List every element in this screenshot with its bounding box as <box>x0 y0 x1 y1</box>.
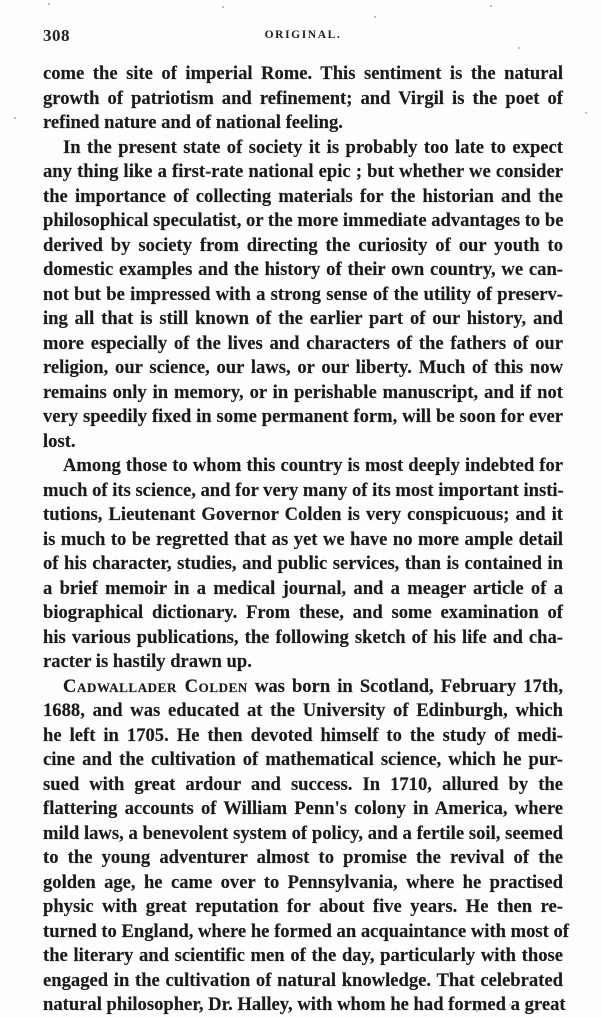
text-line: his various publications, the following … <box>43 626 563 651</box>
book-page: 308 ORIGINAL. come the site of imperial … <box>0 0 601 1018</box>
paragraph-4: Cadwallader Colden was born in Scotland,… <box>43 675 563 1018</box>
text-line: the importance of collecting materials f… <box>43 185 563 210</box>
text-line: a brief memoir in a medical journal, and… <box>43 577 563 602</box>
text-line: tutions, Lieutenant Governor Colden is v… <box>43 503 563 528</box>
text-line: to the young adventurer almost to promis… <box>43 846 563 871</box>
text-line: much of its science, and for very many o… <box>43 479 563 504</box>
text-line: more especially of the lives and charact… <box>43 332 563 357</box>
paragraph-3: Among those to whom this country is most… <box>43 454 563 675</box>
text-line: natural philosopher, Dr. Halley, with wh… <box>43 993 563 1018</box>
text-line: engaged in the cultivation of natural kn… <box>43 969 563 994</box>
text-line: he left in 1705. He then devoted himself… <box>43 724 563 749</box>
scan-speck <box>509 1004 511 1006</box>
text-line: mild laws, a benevolent system of policy… <box>43 822 563 847</box>
text-line: derived by society from directing the cu… <box>43 234 563 259</box>
text-line: golden age, he came over to Pennsylvania… <box>43 871 563 896</box>
text-line: domestic examples and the history of the… <box>43 258 563 283</box>
paragraph-2: In the present state of society it is pr… <box>43 136 563 455</box>
text-line: the literary and scientific men of the d… <box>43 944 563 969</box>
running-head: 308 ORIGINAL. <box>43 26 563 48</box>
scan-speck <box>14 117 16 119</box>
text-line: lost. <box>43 430 563 455</box>
text-fragment: was born in Scotland, February 17th, <box>248 676 563 697</box>
scan-speck <box>476 1010 478 1012</box>
scan-speck <box>518 47 520 49</box>
text-line: cine and the cultivation of mathematical… <box>43 748 563 773</box>
text-line: of his character, studies, and public se… <box>43 552 563 577</box>
text-line: ing all that is still known of the earli… <box>43 307 563 332</box>
text-line: remains only in memory, or in perishable… <box>43 381 563 406</box>
text-line: philosophical speculatist, or the more i… <box>43 209 563 234</box>
scan-speck <box>222 6 224 8</box>
text-line: biographical dictionary. From these, and… <box>43 601 563 626</box>
text-line: Among those to whom this country is most… <box>43 454 563 479</box>
text-line: In the present state of society it is pr… <box>43 136 563 161</box>
paragraph-1: come the site of imperial Rome. This sen… <box>43 62 563 136</box>
text-line: refined nature and of national feeling. <box>43 111 563 136</box>
subject-name-small-caps: Cadwallader Colden <box>63 676 248 697</box>
text-line: turned to England, where he formed an ac… <box>43 920 563 945</box>
text-line: any thing like a first-rate national epi… <box>43 160 563 185</box>
text-line: racter is hastily drawn up. <box>43 650 563 675</box>
scan-speck <box>374 16 376 18</box>
text-line: 1688, and was educated at the University… <box>43 699 563 724</box>
scan-speck <box>490 5 492 7</box>
running-title: ORIGINAL. <box>43 29 563 41</box>
scan-speck <box>585 112 587 114</box>
text-line: physic with great reputation for about f… <box>43 895 563 920</box>
text-line: is much to be regretted that as yet we h… <box>43 528 563 553</box>
text-line: not but be impressed with a strong sense… <box>43 283 563 308</box>
text-line: very speedily fixed in some permanent fo… <box>43 405 563 430</box>
text-line: flattering accounts of William Penn's co… <box>43 797 563 822</box>
text-line: growth of patriotism and refinement; and… <box>43 87 563 112</box>
text-line: Cadwallader Colden was born in Scotland,… <box>43 675 563 700</box>
body-text: come the site of imperial Rome. This sen… <box>43 62 563 1018</box>
text-line: sued with great ardour and success. In 1… <box>43 773 563 798</box>
text-line: come the site of imperial Rome. This sen… <box>43 62 563 87</box>
scan-speck <box>48 3 50 5</box>
text-line: religion, our science, our laws, or our … <box>43 356 563 381</box>
